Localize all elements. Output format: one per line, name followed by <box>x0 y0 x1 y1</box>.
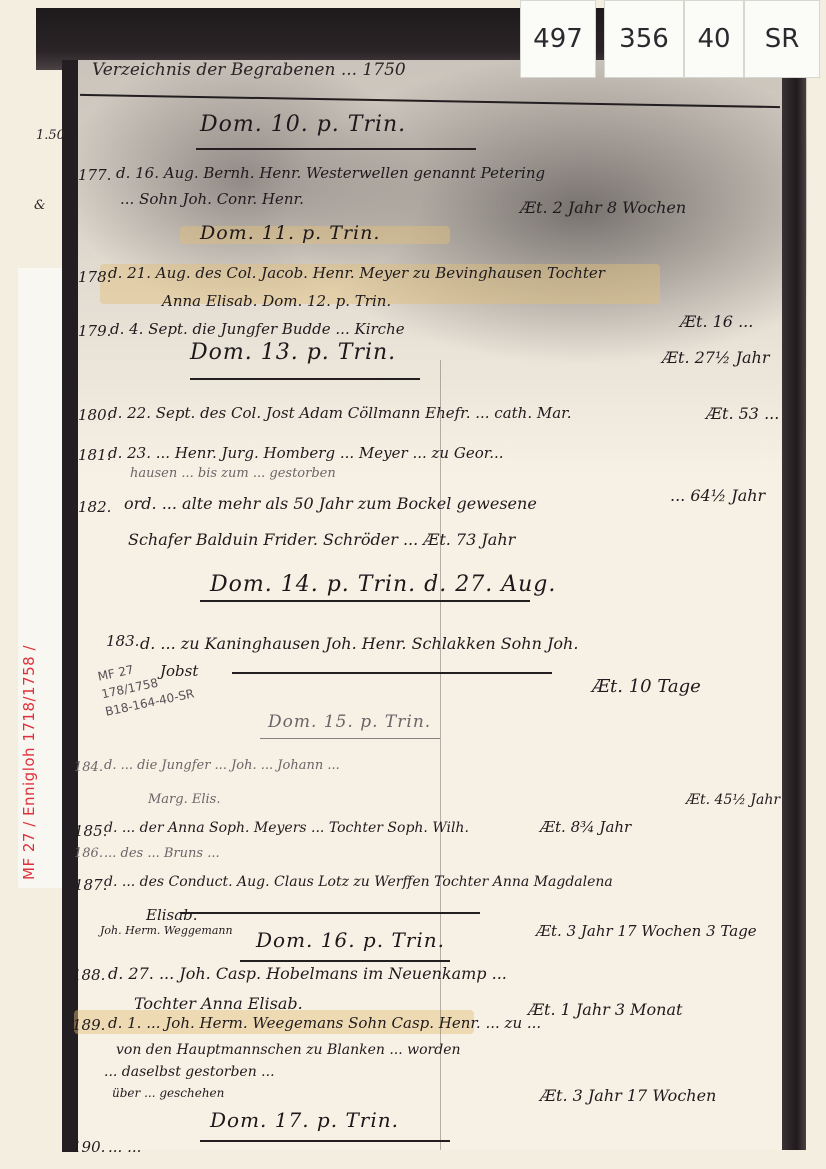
entry-text: Schafer Balduin Frider. Schröder ... Æt.… <box>128 530 515 549</box>
rule-line <box>240 960 450 962</box>
entry-number: 181. <box>78 446 111 464</box>
section-heading: Dom. 16. p. Trin. <box>256 928 445 952</box>
entry-text: d. 23. ... Henr. Jurg. Homberg ... Meyer… <box>108 444 504 462</box>
entry-text: von den Hauptmannschen zu Blanken ... wo… <box>116 1042 461 1058</box>
section-heading: Dom. 11. p. Trin. <box>200 222 380 244</box>
section-heading: Dom. 13. p. Trin. <box>190 340 396 365</box>
rule-line <box>196 148 476 150</box>
section-heading: Dom. 15. p. Trin. <box>268 712 431 732</box>
entry-number: 179. <box>78 322 111 340</box>
entry-text: d. 21. Aug. des Col. Jacob. Henr. Meyer … <box>108 264 605 282</box>
archive-label-2: 356 <box>604 0 684 78</box>
entry-number: 190. <box>72 1138 105 1156</box>
entry-age: Æt. 27½ Jahr <box>662 348 769 367</box>
archive-label-4: SR <box>744 0 820 78</box>
entry-text: hausen ... bis zum ... gestorben <box>130 466 336 481</box>
entry-number: 180. <box>78 406 111 424</box>
entry-age: Æt. 53 ... <box>706 404 779 423</box>
entry-age: Æt. 3 Jahr 17 Wochen 3 Tage <box>536 922 757 940</box>
entry-age: ... 64½ Jahr <box>670 486 765 505</box>
entry-text: Marg. Elis. <box>148 792 220 807</box>
rule-line <box>180 912 480 914</box>
entry-text: Anna Elisab. Dom. 12. p. Trin. <box>162 292 391 310</box>
entry-number: 184. <box>74 760 103 775</box>
entry-number: 186. <box>74 846 103 861</box>
entry-number: 183. <box>106 632 139 650</box>
entry-text: ... daselbst gestorben ... <box>104 1064 275 1080</box>
entry-number: 185. <box>74 822 107 840</box>
rule-line <box>200 1140 450 1142</box>
entry-text: ord. ... alte mehr als 50 Jahr zum Bocke… <box>124 494 537 513</box>
entry-number: 188. <box>72 966 105 984</box>
entry-number: 187. <box>74 876 107 894</box>
entry-text: ... des ... Bruns ... <box>104 846 220 861</box>
entry-text: d. 16. Aug. Bernh. Henr. Westerwellen ge… <box>116 164 545 182</box>
register-page-scan <box>62 60 807 1150</box>
scan-left-border <box>62 60 78 1152</box>
rule-line <box>232 672 552 674</box>
rule-line <box>200 600 530 602</box>
entry-number: 182. <box>78 498 111 516</box>
entry-number: 177. <box>78 166 111 184</box>
scan-right-border <box>782 60 806 1150</box>
entry-age: Æt. 10 Tage <box>592 676 701 697</box>
entry-text: ... Sohn Joh. Conr. Henr. <box>120 190 304 208</box>
entry-text: ... ... <box>108 1138 141 1156</box>
archive-label-strip: 497 356 40 SR <box>520 0 820 78</box>
entry-text: d. ... der Anna Soph. Meyers ... Tochter… <box>104 820 469 836</box>
entry-text: Tochter Anna Elisab. <box>134 994 303 1013</box>
entry-text: über ... geschehen <box>112 1086 224 1100</box>
entry-number: 189. <box>72 1016 105 1034</box>
red-archive-note: MF 27 / Ennigloh 1718/1758 / <box>20 645 38 880</box>
entry-age: Æt. 8¾ Jahr <box>540 818 631 836</box>
entry-text: d. ... die Jungfer ... Joh. ... Johann .… <box>104 758 340 773</box>
section-heading: Dom. 10. p. Trin. <box>200 112 406 137</box>
entry-age: Æt. 2 Jahr 8 Wochen <box>520 198 686 217</box>
archive-label-1: 497 <box>520 0 596 78</box>
entry-number: 178. <box>78 268 111 286</box>
entry-text: d. 27. ... Joh. Casp. Hobelmans im Neuen… <box>108 964 507 983</box>
rule-line <box>190 378 420 380</box>
margin-note: Joh. Herm. Weggemann <box>100 924 233 937</box>
entry-age: Æt. 16 ... <box>680 312 753 331</box>
entry-text: d. 1. ... Joh. Herm. Weegemans Sohn Casp… <box>108 1014 541 1032</box>
entry-text: d. ... zu Kaninghausen Joh. Henr. Schlak… <box>140 634 578 653</box>
entry-age: Æt. 1 Jahr 3 Monat <box>528 1000 682 1019</box>
rule-line <box>260 738 440 739</box>
entry-text: d. 4. Sept. die Jungfer Budde ... Kirche <box>110 320 405 338</box>
entry-text: Elisab. <box>146 906 198 924</box>
section-heading: Dom. 14. p. Trin. d. 27. Aug. <box>210 572 556 597</box>
margin-mark: 1.50 <box>36 128 65 143</box>
entry-text: d. ... des Conduct. Aug. Claus Lotz zu W… <box>104 874 613 890</box>
entry-text: Jobst <box>160 662 198 680</box>
entry-text: d. 22. Sept. des Col. Jost Adam Cöllmann… <box>108 404 571 422</box>
register-header: Verzeichnis der Begrabenen ... 1750 <box>92 60 406 80</box>
margin-mark: & <box>34 198 46 213</box>
section-heading: Dom. 17. p. Trin. <box>210 1108 399 1132</box>
entry-age: Æt. 45½ Jahr <box>686 792 780 808</box>
entry-age: Æt. 3 Jahr 17 Wochen <box>540 1086 716 1105</box>
archive-label-3: 40 <box>684 0 744 78</box>
